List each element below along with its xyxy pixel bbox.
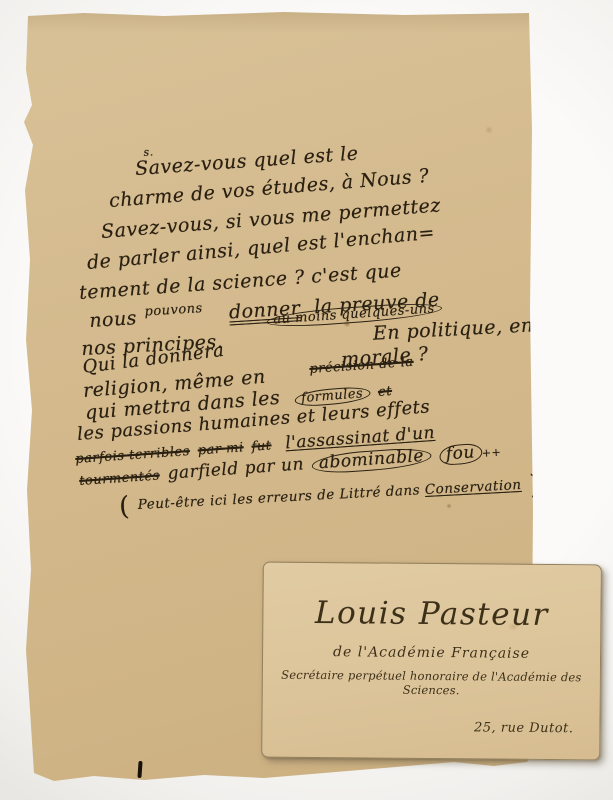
scanned-document: s. Savez-vous quel est le charme de vos … — [0, 0, 613, 800]
visiting-card: Louis Pasteur de l'Académie Française Se… — [261, 562, 602, 761]
circled-word: abominable — [311, 446, 431, 474]
ink-stroke-mark — [137, 761, 142, 778]
handwriting-word: morale ? — [340, 343, 429, 371]
underlined-title: Conservation — [424, 477, 521, 498]
ink-marks: ++ — [481, 446, 501, 460]
open-paren: ( — [118, 491, 130, 522]
annotation-text: Peut-être ici les erreurs de Littré dans — [137, 482, 420, 513]
card-title-line-2: Secrétaire perpétuel honoraire de l'Acad… — [263, 668, 600, 699]
card-address: 25, rue Dutot. — [474, 720, 574, 736]
struck-words: par mi — [197, 440, 244, 458]
card-name: Louis Pasteur — [263, 595, 600, 634]
struck-word: fut — [251, 438, 272, 454]
card-title-line-1: de l'Académie Française — [263, 644, 600, 663]
circled-word: fou — [438, 443, 482, 466]
struck-word: et — [378, 384, 393, 400]
inserted-word: pouvons — [144, 301, 203, 320]
close-paren: ) — [529, 470, 541, 501]
handwriting-word: nous — [89, 307, 138, 332]
struck-word: tourmentés — [79, 468, 160, 489]
